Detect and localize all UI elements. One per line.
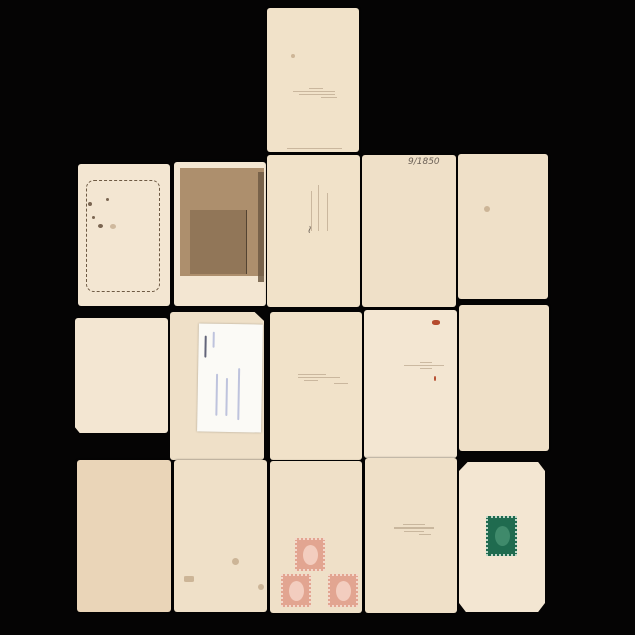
card-r2c4 xyxy=(459,305,549,451)
stain xyxy=(110,224,116,229)
card-r0c2 xyxy=(267,8,359,152)
card-r1c3: 9/1850 xyxy=(362,155,456,307)
card-r2c2 xyxy=(270,312,362,460)
revenue-stamp-orange xyxy=(281,574,311,607)
stain xyxy=(258,584,264,590)
photographer-imprint xyxy=(298,372,348,386)
stain xyxy=(184,576,194,582)
revenue-stamp-green xyxy=(486,516,517,556)
card-r2c3 xyxy=(364,310,457,458)
card-r3c1 xyxy=(174,460,267,612)
foxing xyxy=(92,216,95,219)
ink-line xyxy=(225,378,228,416)
photographer-imprint xyxy=(391,522,437,537)
printed-strip xyxy=(190,210,247,274)
card-r1c0 xyxy=(78,164,170,306)
card-r3c0 xyxy=(77,460,171,612)
ink-line xyxy=(204,336,206,358)
card-r3c4 xyxy=(459,462,545,612)
edge-strip xyxy=(258,172,264,282)
red-spot xyxy=(434,376,436,381)
stain xyxy=(291,54,295,58)
photographer-imprint xyxy=(404,360,448,371)
foxing xyxy=(106,198,109,201)
ink-line xyxy=(213,332,215,348)
card-r2c1 xyxy=(170,312,264,460)
red-spot xyxy=(432,320,440,325)
card-r3c2 xyxy=(270,461,362,613)
signature: ~ xyxy=(302,224,316,235)
card-r3c3 xyxy=(365,458,457,613)
photographer-imprint xyxy=(293,86,338,100)
card-r2c0 xyxy=(75,318,168,433)
card-r1c2: ~ xyxy=(267,155,360,307)
stain xyxy=(232,558,239,565)
revenue-stamp-orange xyxy=(295,538,325,571)
card-r1c1 xyxy=(174,162,266,306)
foxing xyxy=(88,202,92,206)
foxing xyxy=(98,224,103,228)
ink-line xyxy=(215,374,218,416)
printer-line xyxy=(287,146,342,151)
handwritten-note-card xyxy=(197,323,263,432)
stain xyxy=(484,206,490,212)
revenue-stamp-orange xyxy=(328,574,358,607)
ink-line xyxy=(237,368,240,420)
vignette-frame xyxy=(86,180,160,292)
card-r1c4 xyxy=(458,154,548,299)
handwritten-note: 9/1850 xyxy=(408,157,440,167)
